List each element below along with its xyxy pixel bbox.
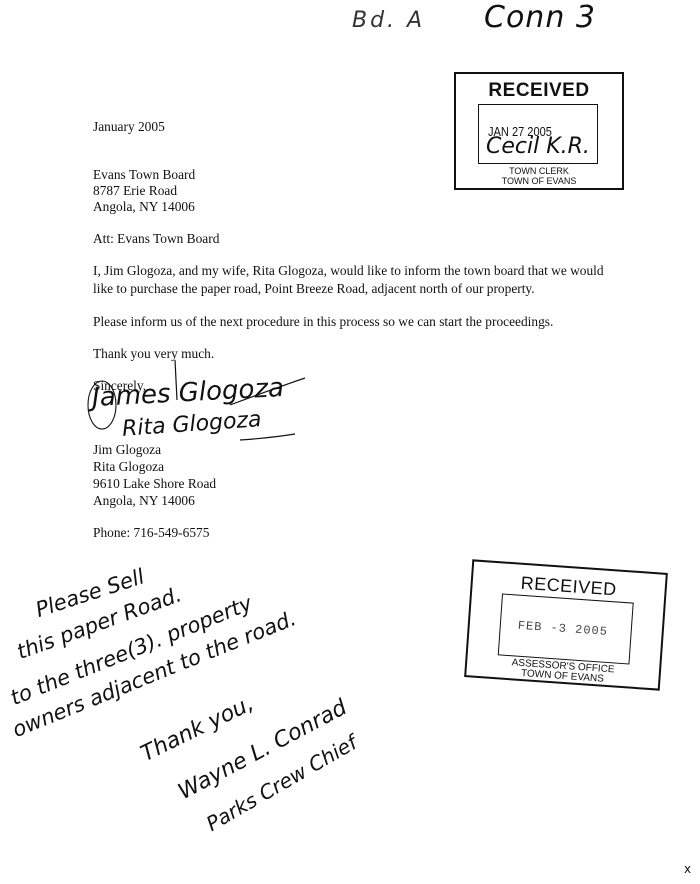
- sender-name-2: Rita Glogoza: [93, 458, 164, 476]
- body-paragraph-1-line-2: like to purchase the paper road, Point B…: [93, 280, 535, 298]
- body-paragraph-2: Please inform us of the next procedure i…: [93, 313, 553, 331]
- stamp-title: RECEIVED: [456, 80, 622, 102]
- received-stamp-assessor: RECEIVED FEB -3 2005 ASSESSOR'S OFFICE T…: [464, 559, 668, 690]
- top-annotation-left: Bd. A: [352, 8, 425, 33]
- corner-mark: x: [684, 862, 691, 876]
- stamp-org-line1: TOWN CLERK: [456, 166, 622, 176]
- received-stamp-town-clerk: RECEIVED JAN 27 2005 Cecil K.R. TOWN CLE…: [454, 72, 624, 190]
- stamp-org-line2: TOWN OF EVANS: [456, 176, 622, 186]
- sender-city: Angola, NY 14006: [93, 492, 195, 510]
- sender-name-1: Jim Glogoza: [93, 441, 161, 459]
- top-annotation-right: Conn 3: [484, 0, 596, 35]
- sender-phone: Phone: 716-549-6575: [93, 524, 209, 542]
- scanned-letter-page: Bd. A Conn 3 RECEIVED JAN 27 2005 Cecil …: [0, 0, 700, 884]
- attention-line: Att: Evans Town Board: [93, 230, 219, 248]
- stamp-initials: Cecil K.R.: [486, 134, 590, 159]
- body-paragraph-1-line-1: I, Jim Glogoza, and my wife, Rita Glogoz…: [93, 262, 604, 280]
- recipient-city: Angola, NY 14006: [93, 198, 195, 216]
- letter-date: January 2005: [93, 118, 165, 136]
- sender-street: 9610 Lake Shore Road: [93, 475, 216, 493]
